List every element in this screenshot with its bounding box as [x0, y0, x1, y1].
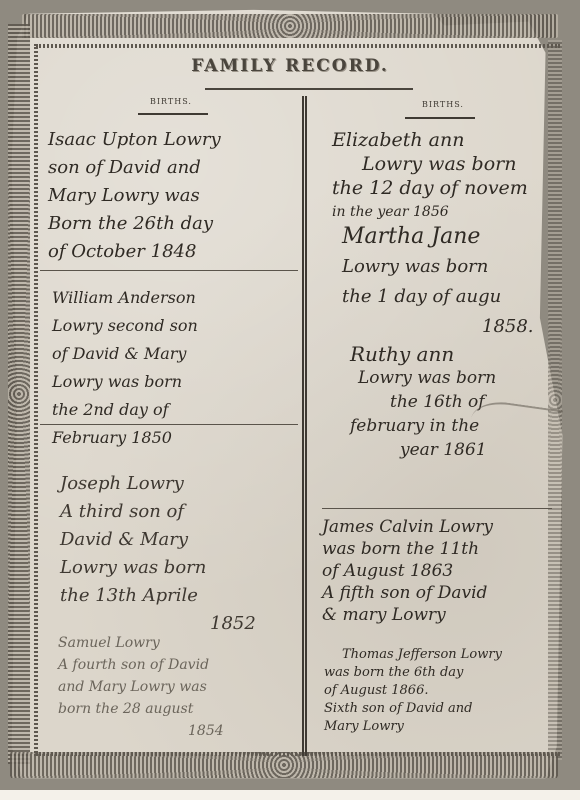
entry-line: February 1850	[52, 424, 198, 452]
entry-line: Samuel Lowry	[58, 632, 224, 654]
entry-line: Joseph Lowry	[60, 470, 256, 498]
entry-line: Lowry was born	[52, 368, 198, 396]
title-underline	[205, 88, 413, 90]
entry-line: Lowry was born	[350, 366, 496, 390]
entry-line: & mary Lowry	[322, 604, 493, 626]
birth-entry-thomas: Thomas Jefferson Lowry was born the 6th …	[324, 646, 502, 736]
entry-line: Born the 26th day	[48, 210, 221, 238]
birth-entry-martha: Martha Jane Lowry was born the 1 day of …	[342, 222, 534, 342]
entry-line: of August 1863	[322, 560, 493, 582]
entry-line: born the 28 august	[58, 698, 224, 720]
entry-line: David & Mary	[60, 526, 256, 554]
entry-line: the 1 day of augu	[342, 282, 534, 312]
birth-entry-isaac: Isaac Upton Lowry son of David and Mary …	[48, 126, 221, 266]
entry-line: in the year 1856	[332, 200, 528, 224]
entry-separator	[322, 508, 552, 509]
entry-line: A fifth son of David	[322, 582, 493, 604]
entry-line: the 13th Aprile	[60, 582, 256, 610]
entry-separator	[40, 424, 298, 425]
ornamental-border-top	[22, 14, 558, 38]
entry-line: Isaac Upton Lowry	[48, 126, 221, 154]
birth-entry-joseph: Joseph Lowry A third son of David & Mary…	[60, 470, 256, 638]
entry-line: of August 1866.	[324, 682, 502, 700]
entry-line: was born the 6th day	[324, 664, 502, 682]
entry-line: Lowry was born	[332, 152, 528, 176]
entry-line: was born the 11th	[322, 538, 493, 560]
entry-line: A third son of	[60, 498, 256, 526]
ornamental-border-left	[8, 24, 30, 764]
heading-rule-left	[138, 113, 208, 115]
entry-line: A fourth son of David	[58, 654, 224, 676]
birth-entry-elizabeth: Elizabeth ann Lowry was born the 12 day …	[332, 128, 528, 224]
column-heading-left: BIRTHS.	[150, 97, 192, 106]
entry-line: Lowry second son	[52, 312, 198, 340]
document-title: FAMILY RECORD.	[0, 56, 580, 76]
entry-line: Sixth son of David and	[324, 700, 502, 718]
entry-line: of David & Mary	[52, 340, 198, 368]
entry-line: 1854	[58, 720, 224, 742]
ornamental-border-right	[548, 40, 562, 760]
column-divider	[302, 96, 307, 756]
inner-rule-bottom	[36, 752, 560, 756]
birth-entry-james: James Calvin Lowry was born the 11th of …	[322, 516, 493, 626]
inner-rule-left	[34, 44, 38, 756]
entry-line: Lowry was born	[60, 554, 256, 582]
inner-rule-top	[36, 44, 560, 48]
entry-line: 1858.	[342, 312, 534, 342]
birth-entry-william: William Anderson Lowry second son of Dav…	[52, 284, 198, 452]
entry-line: and Mary Lowry was	[58, 676, 224, 698]
entry-line: Lowry was born	[342, 252, 534, 282]
entry-line: of October 1848	[48, 238, 221, 266]
entry-line: Martha Jane	[342, 222, 534, 252]
entry-separator	[40, 270, 298, 271]
birth-entry-samuel: Samuel Lowry A fourth son of David and M…	[58, 632, 224, 742]
entry-line: the 12 day of novem	[332, 176, 528, 200]
entry-line: son of David and	[48, 154, 221, 182]
entry-line: Mary Lowry	[324, 718, 502, 736]
entry-line: Ruthy ann	[350, 342, 496, 366]
entry-line: Thomas Jefferson Lowry	[324, 646, 502, 664]
entry-line: William Anderson	[52, 284, 198, 312]
heading-rule-right	[405, 117, 475, 119]
column-heading-right: BIRTHS.	[422, 100, 464, 109]
entry-line: James Calvin Lowry	[322, 516, 493, 538]
entry-line: the 2nd day of	[52, 396, 198, 424]
entry-line: Mary Lowry was	[48, 182, 221, 210]
entry-line: Elizabeth ann	[332, 128, 528, 152]
